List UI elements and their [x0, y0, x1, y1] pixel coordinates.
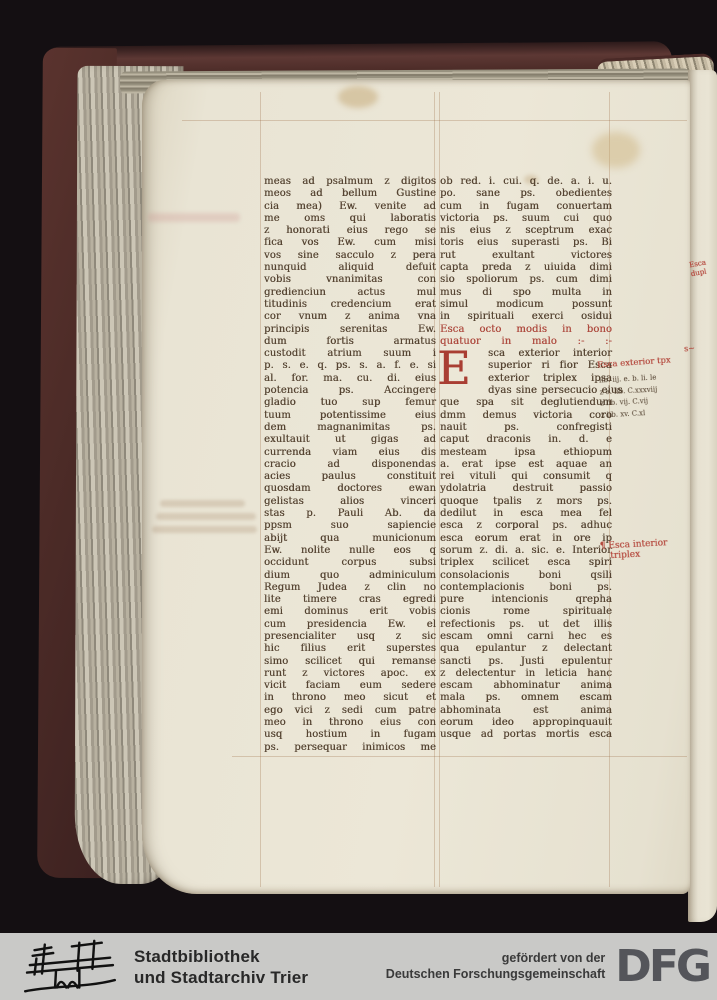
ruling-line-horizontal — [182, 120, 687, 121]
manuscript-text-line: lite timere cras egredi — [264, 594, 436, 606]
page-stain — [338, 86, 378, 108]
show-through-mark — [148, 213, 240, 222]
manuscript-text-line: nauit ps. confregisti — [440, 422, 612, 434]
manuscript-text-line: gelistas alios vinceri — [264, 496, 436, 508]
manuscript-text-line: consolacionis boni qsili — [440, 570, 612, 582]
manuscript-text-line: Esca octo modis in bono — [440, 324, 612, 336]
institution-name: Stadtbibliothek und Stadtarchiv Trier — [134, 946, 308, 988]
manuscript-text-line: mesteam ipsa ethiopum — [440, 447, 612, 459]
manuscript-text-line: al. for. ma. cu. di. eius — [264, 373, 436, 385]
manuscript-text-line: vobis vnanimitas con — [264, 274, 436, 286]
next-page-edge-strip — [688, 70, 717, 922]
manuscript-text-line: triplex scilicet esca spiri — [440, 557, 612, 569]
ruling-line-vertical — [260, 92, 261, 887]
dfg-logo: DFG — [615, 942, 709, 992]
manuscript-text-line: presencialiter usq z sic — [264, 631, 436, 643]
manuscript-text-line: occidunt corpus subsi — [264, 557, 436, 569]
manuscript-text-line: usque ad portas mortis esca — [440, 729, 612, 741]
manuscript-text-line: principis serenitas Ew. — [264, 324, 436, 336]
funding-credit: gefördert von der Deutschen Forschungsge… — [386, 951, 606, 982]
manuscript-text-line: titudinis credencium erat — [264, 299, 436, 311]
manuscript-text-line: caput draconis in. d. e — [440, 434, 612, 446]
manuscript-text-line: cracio ad disponendas — [264, 459, 436, 471]
manuscript-text-line: escam abhominatur anima — [440, 680, 612, 692]
paragraph-mark-icon: ¶ — [600, 541, 606, 551]
manuscript-text-line: abhominata est anima — [440, 705, 612, 717]
manuscript-text-line: z delectentur in leticia hanc — [440, 668, 612, 680]
marginal-note-line: triplex — [600, 548, 668, 562]
manuscript-text-line: gladio tuo sup femur — [264, 397, 436, 409]
manuscript-text-line: sorum z. di. a. sic. e. Interior — [440, 545, 612, 557]
manuscript-text-line: rei vituli qui consumit q — [440, 471, 612, 483]
ruling-line-horizontal — [232, 756, 687, 757]
manuscript-text-line: currenda viam eius dis — [264, 447, 436, 459]
manuscript-text-line: simo scilicet qui remanse — [264, 656, 436, 668]
manuscript-text-line: pure intencionis qrepha — [440, 594, 612, 606]
manuscript-text-line: in throno meo sicut et — [264, 692, 436, 704]
manuscript-text-line: qua epulantur z delectant — [440, 643, 612, 655]
manuscript-text-line: eorum ideo appropinquauit — [440, 717, 612, 729]
manuscript-text-line: custodit atrium suum i — [264, 348, 436, 360]
manuscript-text-line: gredienciun actus mul — [264, 287, 436, 299]
manuscript-text-line: z honorati eius rego se — [264, 225, 436, 237]
manuscript-text-line: ydolatria destruit passio — [440, 483, 612, 495]
manuscript-text-line: cum in fugam conuertam — [440, 201, 612, 213]
manuscript-text-line: meo in throno eius con — [264, 717, 436, 729]
manuscript-text-line: a. erat ipse est aquae an — [440, 459, 612, 471]
manuscript-text-line: p. s. e. q. ps. s. a. f. e. si — [264, 360, 436, 372]
text-column-right: E ob red. i. cui. q. de. a. i. u.po. san… — [440, 176, 612, 742]
show-through-mark — [152, 526, 257, 533]
manuscript-text-line: contemplacionis boni ps. — [440, 582, 612, 594]
manuscript-text-line: quosdam doctores ewan — [264, 483, 436, 495]
manuscript-text-line: dyas sine persecucio eius — [440, 385, 612, 397]
manuscript-text-line: quatuor in malo :- :- — [440, 336, 612, 348]
manuscript-text-line: hic filius erit superstes — [264, 643, 436, 655]
manuscript-text-line: superior ri fior Esca — [440, 360, 612, 372]
manuscript-text-line: acies paulus constituit — [264, 471, 436, 483]
manuscript-text-line: cia mea) Ew. venite ad — [264, 201, 436, 213]
manuscript-text-line: nis eius z sceptrum exac — [440, 225, 612, 237]
manuscript-text-line: po. sane ps. obedientes — [440, 188, 612, 200]
manuscript-text-line: ps. persequar inimicos me — [264, 742, 436, 754]
manuscript-text-line: z lib. xv. C.xl — [601, 407, 659, 422]
manuscript-text-line: nunquid aliquid defuit — [264, 262, 436, 274]
manuscript-text-line: exultauit ut gigas ad — [264, 434, 436, 446]
manuscript-text-line: refectionis ps. ut det illis — [440, 619, 612, 631]
manuscript-text-line: vos sine sacculo z pera — [264, 250, 436, 262]
manuscript-text-line: usq hostium in fugam — [264, 729, 436, 741]
edge-marginal-note-mid: s~ — [684, 343, 696, 354]
manuscript-text-line: meos ad bellum Gustine — [264, 188, 436, 200]
manuscript-text-line: simul modicum possunt — [440, 299, 612, 311]
manuscript-text-line: ob red. i. cui. q. de. a. i. u. — [440, 176, 612, 188]
manuscript-text-line: dium quo adminiculum — [264, 570, 436, 582]
show-through-mark — [156, 513, 256, 520]
manuscript-text-line: dum fortis armatus — [264, 336, 436, 348]
manuscript-text-line: ppsm suo sapiencie — [264, 520, 436, 532]
footer-bar: Stadtbibliothek und Stadtarchiv Trier ge… — [0, 933, 717, 1000]
manuscript-text-line: esca z corporal ps. adhuc — [440, 520, 612, 532]
manuscript-text-line: quoque tpalis z mors ps. — [440, 496, 612, 508]
manuscript-text-line: capta preda z uiuida dimi — [440, 262, 612, 274]
manuscript-text-line: dmm demus victoria coro — [440, 410, 612, 422]
institution-line1: Stadtbibliothek — [134, 946, 308, 967]
manuscript-text-line: cum presidencia Ew. el — [264, 619, 436, 631]
manuscript-text-line: sio spoliorum ps. cum dimi — [440, 274, 612, 286]
manuscript-text-line: potencia ps. Accingere — [264, 385, 436, 397]
manuscript-text-line: abijt qua municionum — [264, 533, 436, 545]
manuscript-text-line: meas ad psalmum z digitos — [264, 176, 436, 188]
manuscript-text-line: tuum potentissime eius — [264, 410, 436, 422]
manuscript-text-line: dem magnanimitas ps. — [264, 422, 436, 434]
manuscript-text-line: dedilut in esca mea fel — [440, 508, 612, 520]
manuscript-page: meas ad psalmum z digitosmeos ad bellum … — [142, 80, 690, 894]
manuscript-text-line: me oms qui laboratis — [264, 213, 436, 225]
edge-marginal-note-top: Esca dupl — [689, 259, 709, 280]
page-stain — [592, 132, 640, 168]
manuscript-text-line: cor vnum z anima vna — [264, 311, 436, 323]
manuscript-text-line: esca eorum erat in ore ip — [440, 533, 612, 545]
manuscript-text-line: cionis rome spirituale — [440, 606, 612, 618]
manuscript-text-line: mus di spo multa in — [440, 287, 612, 299]
manuscript-text-line: escam omni carni hec es — [440, 631, 612, 643]
manuscript-text-line: vicit faciam eum sedere — [264, 680, 436, 692]
manuscript-text-line: Ew. nolite nulle eos q — [264, 545, 436, 557]
manuscript-text-line: sca exterior interior — [440, 348, 612, 360]
digitized-manuscript-viewer: meas ad psalmum z digitosmeos ad bellum … — [0, 0, 717, 1000]
manuscript-text-line: rut exultant victores — [440, 250, 612, 262]
institution-line2: und Stadtarchiv Trier — [134, 967, 308, 988]
text-column-left: meas ad psalmum z digitosmeos ad bellum … — [264, 176, 436, 754]
manuscript-text-line: victoria ps. suum cui quo — [440, 213, 612, 225]
manuscript-text-line: in spirituali exerci osidui — [440, 311, 612, 323]
manuscript-text-line: Regum Judea z clin no — [264, 582, 436, 594]
manuscript-text-line: ego vici z sedi cum patre — [264, 705, 436, 717]
marginal-note-red-esca-interior: ¶ Esca interior triplex — [600, 538, 669, 562]
show-through-mark — [160, 500, 245, 507]
manuscript-text-line: toris eius superasti ps. Bi — [440, 237, 612, 249]
manuscript-text-line: fica vos Ew. cum misi — [264, 237, 436, 249]
manuscript-photo: meas ad psalmum z digitosmeos ad bellum … — [0, 0, 717, 933]
manuscript-text-line: emi dominus erit vobis — [264, 606, 436, 618]
library-logo-icon — [20, 939, 120, 995]
funding-line1: gefördert von der — [386, 951, 606, 967]
manuscript-text-line: que spa sit deglutiendum — [440, 397, 612, 409]
manuscript-text-line: runt z victores apoc. ex — [264, 668, 436, 680]
manuscript-text-line: stas p. Pauli Ab. da — [264, 508, 436, 520]
marginal-gloss-citations: lib. iij. e. b. li. lez e. lib. C.xxxvii… — [599, 373, 659, 422]
manuscript-text-line: mala ps. omnem escam — [440, 692, 612, 704]
funding-line2: Deutschen Forschungsgemeinschaft — [386, 967, 606, 983]
manuscript-text-line: exterior triplex ipsa — [440, 373, 612, 385]
manuscript-text-line: sancti ps. Justi epulentur — [440, 656, 612, 668]
